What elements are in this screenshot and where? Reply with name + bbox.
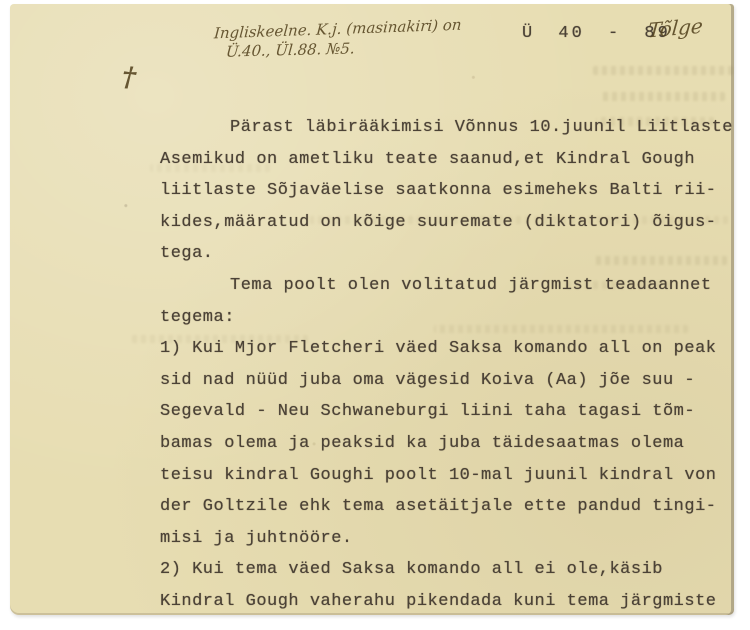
body-line: 1) Kui Mjor Fletcheri väed Saksa komando…	[160, 333, 720, 365]
body-line: Kindral Gough vaherahu pikendada kuni te…	[160, 586, 720, 618]
handwritten-archival-note-line2: Ü.40., Ül.88. №5.	[225, 39, 355, 60]
body-line: Pärast läbirääkimisi Võnnus 10.juunil Li…	[160, 112, 720, 144]
handwritten-archival-note-line1: Ingliskeelne. K.j. (masinakiri) on	[213, 16, 462, 43]
body-line: sid nad nüüd juba oma vägesid Koiva (Aa)…	[160, 365, 720, 397]
handwritten-cross-mark: †	[121, 62, 137, 94]
body-line: Tema poolt olen volitatud järgmist teada…	[160, 270, 720, 302]
body-line: bamas olema ja peaksid ka juba täidesaat…	[160, 428, 720, 460]
body-line: Segevald - Neu Schwaneburgi liini taha t…	[160, 396, 720, 428]
body-line: teisu kindral Goughi poolt 10-mal juunil…	[160, 460, 720, 492]
body-line: tega.	[160, 238, 720, 270]
body-line: misi ja juhtnööre.	[160, 523, 720, 555]
document-body: Pärast läbirääkimisi Võnnus 10.juunil Li…	[160, 112, 720, 618]
body-line: Asemikud on ametliku teate saanud,et Kin…	[160, 144, 720, 176]
ink-bleedthrough	[601, 92, 725, 101]
body-line: tegema:	[160, 302, 720, 334]
body-line: der Goltzile ehk tema asetäitjale ette p…	[160, 491, 720, 523]
body-line: kides,määratud on kõige suuremate (dikta…	[160, 207, 720, 239]
ink-bleedthrough	[593, 66, 733, 75]
body-line: liitlaste Sõjaväelise saatkonna esimehek…	[160, 175, 720, 207]
body-line: 2) Kui tema väed Saksa komando all ei ol…	[160, 554, 720, 586]
handwritten-reference-tolge: Tõlge	[647, 13, 704, 42]
